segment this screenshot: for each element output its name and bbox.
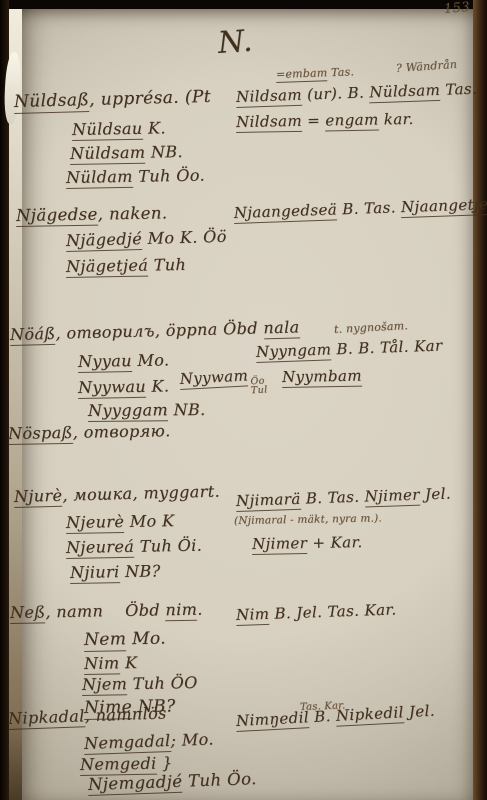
headword: Neß: [10, 602, 46, 623]
form: Nildsam: [236, 112, 302, 133]
dialect-abbr: Tas.: [327, 65, 354, 79]
headword: Nöspaß: [8, 423, 73, 445]
dialect-abbr: kar.: [378, 110, 413, 129]
form: Njeureá: [66, 537, 135, 559]
dialect-abbr: Tuh Öo.: [182, 769, 257, 791]
page-number: 153: [443, 0, 470, 17]
headword: Nipkadal: [8, 706, 85, 729]
form: Njeurè: [66, 512, 125, 534]
form: Nyywam: [179, 366, 248, 389]
dialect-abbr: Mo K: [124, 511, 174, 531]
text-segment: =: [302, 111, 326, 129]
dialect-abbr: Tuh: [148, 255, 186, 275]
form: Njaangetjeö: [401, 195, 487, 218]
form: engam: [325, 111, 379, 131]
gloss: , отворяю.: [73, 421, 171, 442]
form-line: Nyyau Mo.: [78, 350, 170, 371]
text-segment: .: [197, 600, 203, 619]
form-line: Njeurè Mo K: [66, 511, 175, 532]
form: Njaangedseä: [233, 200, 337, 223]
form: Nim: [84, 653, 120, 674]
dialect-abbr: ; Mo.: [170, 729, 214, 749]
form: Nüldam: [66, 167, 133, 189]
headword-line: Njägedse, naken.: [16, 203, 168, 225]
form: Nüldsam: [369, 81, 440, 103]
dialect-abbr: NB.: [168, 400, 206, 419]
gloss: , namnlös: [84, 703, 167, 725]
form: Njiuri: [70, 562, 120, 583]
form: Nyyggam: [88, 400, 168, 421]
page-edge-right: [473, 0, 487, 800]
stacked-abbr: ÖoTul: [250, 376, 268, 395]
dialect-abbr: Mo.: [132, 350, 170, 370]
dialect-abbr: Jel.: [403, 702, 435, 722]
dialect-abbr: K.: [142, 118, 166, 137]
headword: Njurè: [14, 486, 63, 508]
form: Nemgadal: [84, 731, 171, 755]
form-line: Nüldam Tuh Öo.: [66, 166, 205, 187]
form-line: NyywamÖoTul: [179, 365, 268, 399]
note-line: (Njimaral - mäkt, nyra m.).: [234, 512, 382, 527]
form-line: Nyymbam: [282, 367, 362, 386]
form-line: Njiuri NB?: [70, 561, 161, 582]
headword-line: Neß, namn Öbd nim.: [10, 600, 203, 622]
form: =embam: [276, 66, 328, 82]
dialect-abbr: Mo K. Öö: [142, 227, 227, 248]
note-line: =embam Tas.: [276, 65, 354, 81]
form-line: Nüldsau K.: [72, 118, 166, 139]
form-line: Nyywau K.: [78, 376, 170, 397]
form-line: Njem Tuh ÖO: [82, 673, 198, 694]
gloss: , naken.: [98, 203, 168, 223]
dialect-abbr: Tuh ÖO: [127, 673, 198, 693]
form: Njimarä: [236, 490, 301, 512]
form: Nem: [84, 629, 127, 651]
dialect-abbr: K.: [146, 376, 170, 395]
dialect-abbr: NB?: [119, 561, 160, 581]
form: Nipkedil: [335, 703, 404, 726]
section-letter: N.: [217, 24, 254, 61]
headword: Njägedse: [16, 205, 98, 227]
form: Njägetjeá: [66, 256, 149, 278]
gloss-word: nim: [165, 600, 197, 621]
gloss: , namn Öbd: [45, 600, 165, 621]
dialect-abbr: + Kar.: [307, 533, 363, 552]
form-line: Nemgedi }: [80, 753, 173, 774]
headword: Nöáß: [10, 324, 56, 346]
headword: Nüldsaß: [14, 90, 90, 113]
gloss: , upprésa. (Pt: [89, 87, 211, 110]
form: Nim: [236, 605, 270, 626]
form: Njem: [82, 674, 128, 695]
form-line: Njeureá Tuh Öi.: [66, 536, 202, 557]
dialect-abbr: Jel.: [419, 484, 451, 503]
headword-line: Nöspaß, отворяю.: [8, 421, 171, 443]
dialect-abbr: Tas.: [440, 80, 478, 99]
photo-frame: 153 N. Nüldsaß, upprésa. (Pt Nüldsau K. …: [0, 0, 487, 800]
dialect-abbr: B. Tas.: [337, 198, 402, 218]
form: Nimŋedil: [236, 708, 310, 731]
form: Njimer: [364, 486, 420, 507]
form-line: Nyyggam NB.: [88, 400, 206, 420]
form-line: Nim K: [84, 653, 138, 673]
form: Nyymbam: [282, 367, 362, 388]
gloss-word: nala: [263, 317, 300, 338]
dialect-abbr: B.: [309, 707, 337, 726]
form: Nildsam: [236, 86, 303, 108]
dialect-abbr: B. Tas.: [300, 488, 365, 508]
dialect-abbr: Tuh Öo.: [133, 166, 206, 186]
brace: }: [156, 753, 172, 772]
form-line: Nüldsam NB.: [70, 142, 183, 163]
dialect-abbr: NB.: [145, 142, 183, 162]
form: Nüldsam: [70, 143, 146, 165]
form: Njimer: [252, 534, 308, 554]
form-line: Njimer + Kar.: [252, 533, 363, 553]
form-line: Njägetjeá Tuh: [66, 255, 187, 276]
form: Nyyau: [78, 351, 132, 372]
form: Nyyngam: [256, 340, 332, 362]
annotation: (Njimaral - mäkt, nyra m.).: [234, 512, 382, 527]
dialect-abbr: (ur). B.: [302, 83, 370, 103]
form-line: Nildsam = engam kar.: [236, 110, 414, 131]
form: Njägedjé: [66, 229, 143, 251]
dialect-abbr: Tul: [251, 385, 268, 395]
form: Nüldsau: [72, 119, 143, 141]
form-line: Nem Mo.: [84, 629, 166, 650]
page-edge-stack: [9, 6, 22, 800]
form: Njemgadjé: [88, 772, 183, 796]
dialect-abbr: Tuh Öi.: [134, 536, 202, 556]
dialect-abbr: K: [119, 653, 137, 672]
photo-top-edge: [0, 0, 487, 9]
dialect-abbr: Mo.: [126, 629, 166, 650]
form: Nyywau: [78, 377, 146, 399]
